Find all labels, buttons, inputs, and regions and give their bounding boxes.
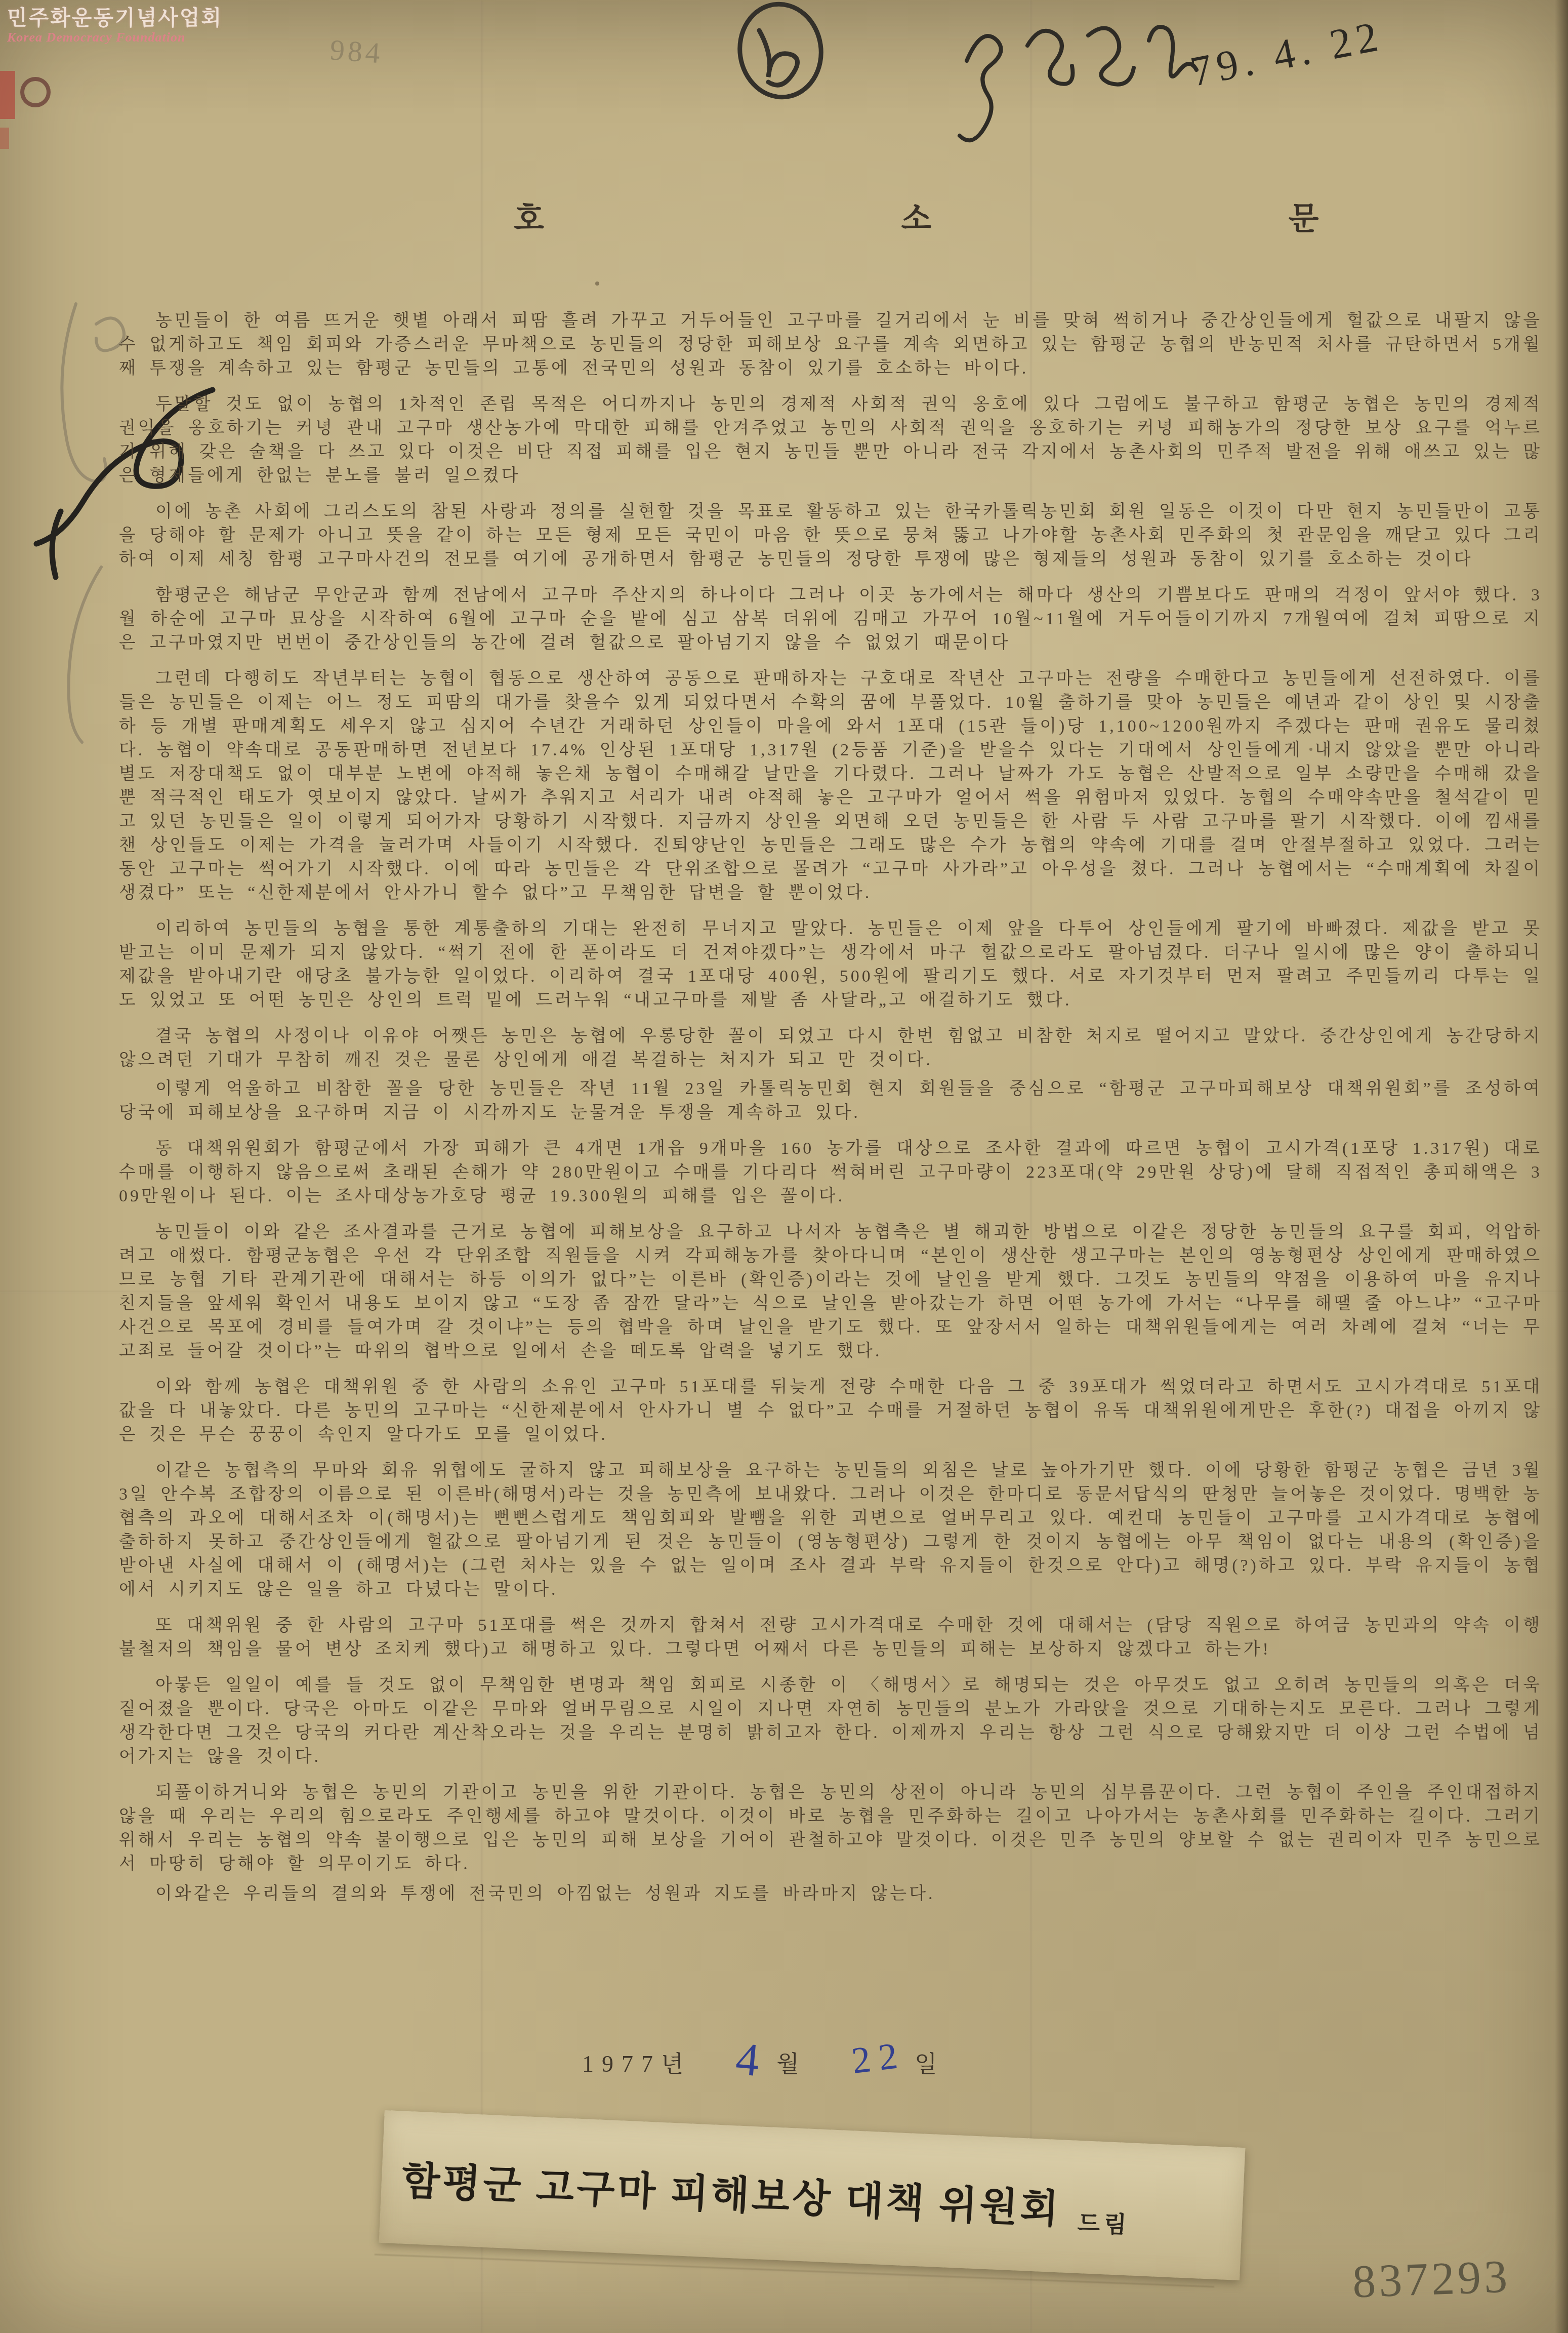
paragraph: 되풀이하거니와 농협은 농민의 기관이고 농민을 위한 기관이다. 농협은 농민…	[119, 1781, 1542, 1876]
watermark-korean-text: 민주화운동기념사업회	[7, 6, 223, 30]
paragraph: 농민들이 이와 같은 조사결과를 근거로 농협에 피해보상을 요구하고 나서자 …	[119, 1220, 1542, 1363]
handwritten-month: 4	[734, 2035, 770, 2084]
paragraph: 두말할 것도 없이 농협의 1차적인 존립 목적은 어디까지나 농민의 경제적 …	[119, 392, 1542, 488]
scan-edge-shadow	[1555, 0, 1568, 2333]
handwritten-day: 22	[850, 2036, 907, 2080]
date-year: 1977년	[582, 2036, 691, 2079]
paragraph: 이리하여 농민들의 농협을 통한 계통출하의 기대는 완전히 무너지고 말았다.…	[119, 917, 1542, 1012]
paragraph: 결국 농협의 사정이나 이유야 어쨋든 농민은 농협에 우롱당한 꼴이 되었고 …	[119, 1024, 1542, 1072]
paragraph: 아뭏든 일일이 예를 들 것도 없이 무책임한 변명과 책임 회피로 시종한 이…	[119, 1673, 1542, 1768]
paragraph: 농민들이 한 여름 뜨거운 햇볕 아래서 피땀 흘려 가꾸고 거두어들인 고구마…	[119, 309, 1542, 380]
committee-name: 함평군 고구마 피해보상 대책 위원회	[401, 2149, 1062, 2235]
document-body: 농민들이 한 여름 뜨거운 햇볕 아래서 피땀 흘려 가꾸고 거두어들인 고구마…	[119, 309, 1542, 1918]
date-day-unit: 일	[915, 2036, 945, 2079]
archive-watermark: 민주화운동기념사업회 Korea Democracy Foundation	[7, 6, 223, 45]
archive-number-note: 837293	[1351, 2249, 1511, 2309]
document-title: 호 소 문	[514, 193, 1494, 238]
signature-honorific: 드림	[1077, 2204, 1132, 2240]
paragraph: 그런데 다행히도 작년부터는 농협이 협동으로 생산하여 공동으로 판매하자는 …	[119, 667, 1542, 905]
paragraph: 동 대책위원회가 함평군에서 가장 피해가 큰 4개면 1개읍 9개마을 160…	[119, 1137, 1542, 1208]
paragraph: 이에 농촌 사회에 그리스도의 참된 사랑과 정의를 실현할 것을 목표로 활동…	[119, 500, 1542, 571]
paragraph: 이렇게 억울하고 비참한 꼴을 당한 농민들은 작년 11월 23일 카톨릭농민…	[119, 1077, 1542, 1124]
pencil-number-note: 984	[329, 32, 384, 70]
paragraph: 이와 함께 농협은 대책위원 중 한 사람의 소유인 고구마 51포대를 뒤늦게…	[119, 1375, 1542, 1446]
paragraph: 함평군은 해남군 무안군과 함께 전남에서 고구마 주산지의 하나이다 그러나 …	[119, 583, 1542, 655]
watermark-english-text: Korea Democracy Foundation	[7, 30, 223, 45]
paragraph: 이와같은 우리들의 결의와 투쟁에 전국민의 아낌없는 성원과 지도를 바라마지…	[119, 1882, 1542, 1906]
date-line: 1977년 4 월 22 일	[582, 2036, 945, 2083]
paragraph: 또 대책위원 중 한 사람의 고구마 51포대를 썩은 것까지 합쳐서 전량 고…	[119, 1614, 1542, 1661]
paragraph: 이같은 농협측의 무마와 회유 위협에도 굴하지 않고 피해보상을 요구하는 농…	[119, 1459, 1542, 1601]
date-month-unit: 월	[776, 2036, 807, 2079]
